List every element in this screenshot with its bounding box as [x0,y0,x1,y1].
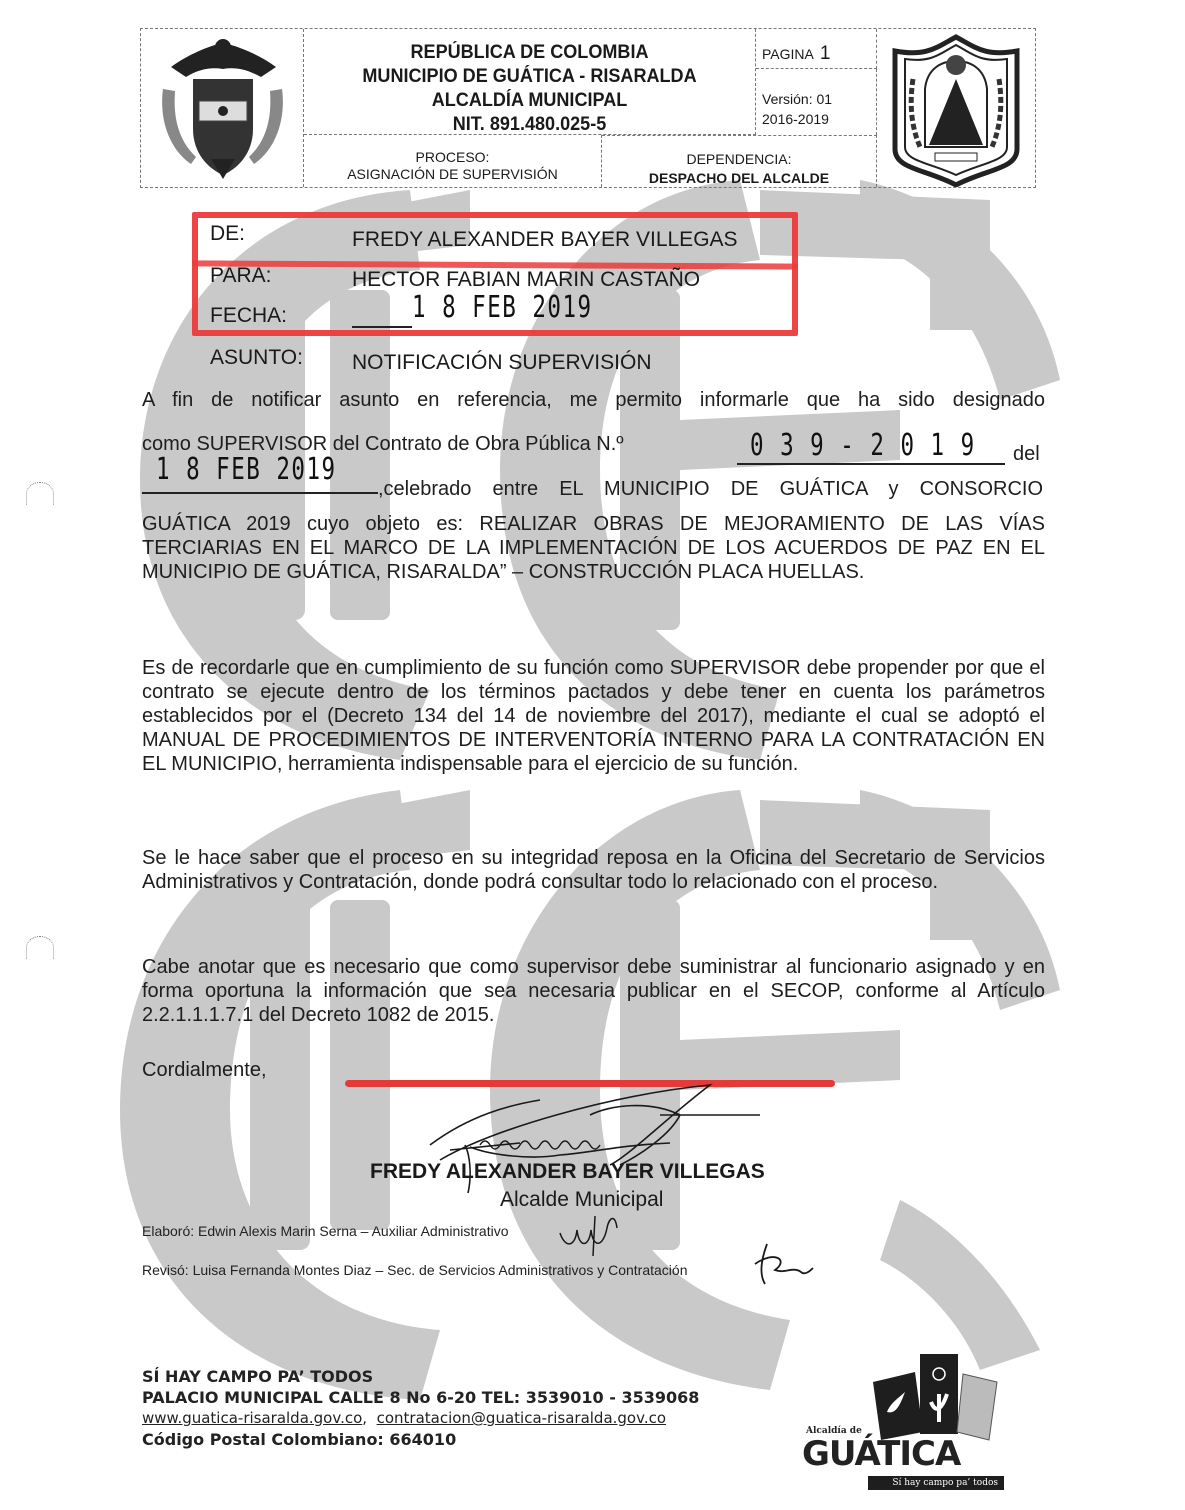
para-value: HECTOR FABIAN MARIN CASTAÑO [352,268,700,292]
colombia-coat-of-arms-icon [141,29,304,187]
paragraph-1-object: GUÁTICA 2019 cuyo objeto es: REALIZAR OB… [142,512,1045,584]
email-link[interactable]: contratacion@guatica-risaralda.gov.co [377,1409,666,1427]
logo-tagline: Sí hay campo pa’ todos [868,1476,1004,1490]
contract-number-underline [737,463,1005,465]
header-title: REPÚBLICA DE COLOMBIA MUNICIPIO DE GUÁTI… [304,29,756,135]
process-value: ASIGNACIÓN DE SUPERVISIÓN [304,166,601,183]
initials-signature-icon [555,1208,635,1258]
fecha-date-stamp: 1 8 FEB 2019 [412,290,593,325]
signer-name: FREDY ALEXANDER BAYER VILLEGAS [370,1160,765,1184]
de-label: DE: [210,222,245,246]
guatica-logo: Alcaldía de GUÁTICA Sí hay campo pa’ tod… [800,1352,1005,1497]
website-link[interactable]: www.guatica-risaralda.gov.co [142,1409,362,1427]
contract-date-underline [142,492,378,494]
header-title-line: ALCALDÍA MUNICIPAL [315,89,743,113]
asunto-value: NOTIFICACIÓN SUPERVISIÓN [352,351,652,375]
footer-contact: SÍ HAY CAMPO PA’ TODOS PALACIO MUNICIPAL… [142,1366,699,1450]
dependency-label: DEPENDENCIA: [602,150,876,169]
process-label: PROCESO: [304,149,601,166]
closing: Cordialmente, [142,1058,442,1082]
dependency-value: DESPACHO DEL ALCALDE [602,169,876,188]
guatica-logo-graphic-icon [865,1352,1005,1442]
para-label: PARA: [210,264,271,288]
footer-slogan: SÍ HAY CAMPO PA’ TODOS [142,1366,699,1387]
fecha-label: FECHA: [210,304,287,328]
coat-of-arms-cell [141,29,304,187]
footer-address: PALACIO MUNICIPAL CALLE 8 No 6-20 TEL: 3… [142,1387,699,1408]
footer-postal-code: Código Postal Colombiano: 664010 [142,1429,699,1450]
fecha-underline [352,326,412,328]
punch-hole-mark [26,936,54,959]
contract-number-stamp: 0 3 9 - 2 0 1 9 [750,428,976,463]
version-label: Versión: 01 [762,89,876,109]
paragraph-1-line-1: A fin de notificar asunto en referencia,… [142,388,1045,412]
page-number: 1 [820,43,831,64]
header-title-line: REPÚBLICA DE COLOMBIA [315,41,743,65]
contract-date-stamp: 1 8 FEB 2019 [156,452,337,487]
dependency-cell: DEPENDENCIA: DESPACHO DEL ALCALDE [602,135,877,187]
punch-hole-mark [26,482,54,505]
process-cell: PROCESO: ASIGNACIÓN DE SUPERVISIÓN [304,135,602,187]
header-title-line: MUNICIPIO DE GUÁTICA - RISARALDA [315,65,743,89]
document-page: REPÚBLICA DE COLOMBIA MUNICIPIO DE GUÁTI… [0,0,1185,1510]
document-header: REPÚBLICA DE COLOMBIA MUNICIPIO DE GUÁTI… [140,28,1036,188]
paragraph-4: Cabe anotar que es necesario que como su… [142,955,1045,1027]
paragraph-3: Se le hace saber que el proceso en su in… [142,846,1045,894]
initials-signature-icon [745,1240,815,1290]
reviso-line: Revisó: Luisa Fernanda Montes Diaz – Sec… [142,1262,687,1278]
paragraph-1-line-3: ,celebrado entre EL MUNICIPIO DE GUÁTICA… [378,477,1043,501]
page-label: PAGINA [762,46,814,62]
version-cell: Versión: 01 2016-2019 [756,69,877,135]
footer-links: www.guatica-risaralda.gov.co, contrataci… [142,1408,699,1429]
paragraph-1-del: del [1013,442,1053,466]
logo-big-text: GUÁTICA [802,1434,960,1474]
guatica-shield-icon [877,29,1035,187]
version-period: 2016-2019 [762,109,876,129]
header-title-line: NIT. 891.480.025-5 [315,113,743,137]
municipal-shield-cell [877,29,1035,187]
page-number-cell: PAGINA1 [756,29,877,69]
paragraph-2: Es de recordarle que en cumplimiento de … [142,656,1045,776]
de-value: FREDY ALEXANDER BAYER VILLEGAS [352,228,738,252]
asunto-label: ASUNTO: [210,346,303,370]
elaboro-line: Elaboró: Edwin Alexis Marin Serna – Auxi… [142,1223,509,1239]
